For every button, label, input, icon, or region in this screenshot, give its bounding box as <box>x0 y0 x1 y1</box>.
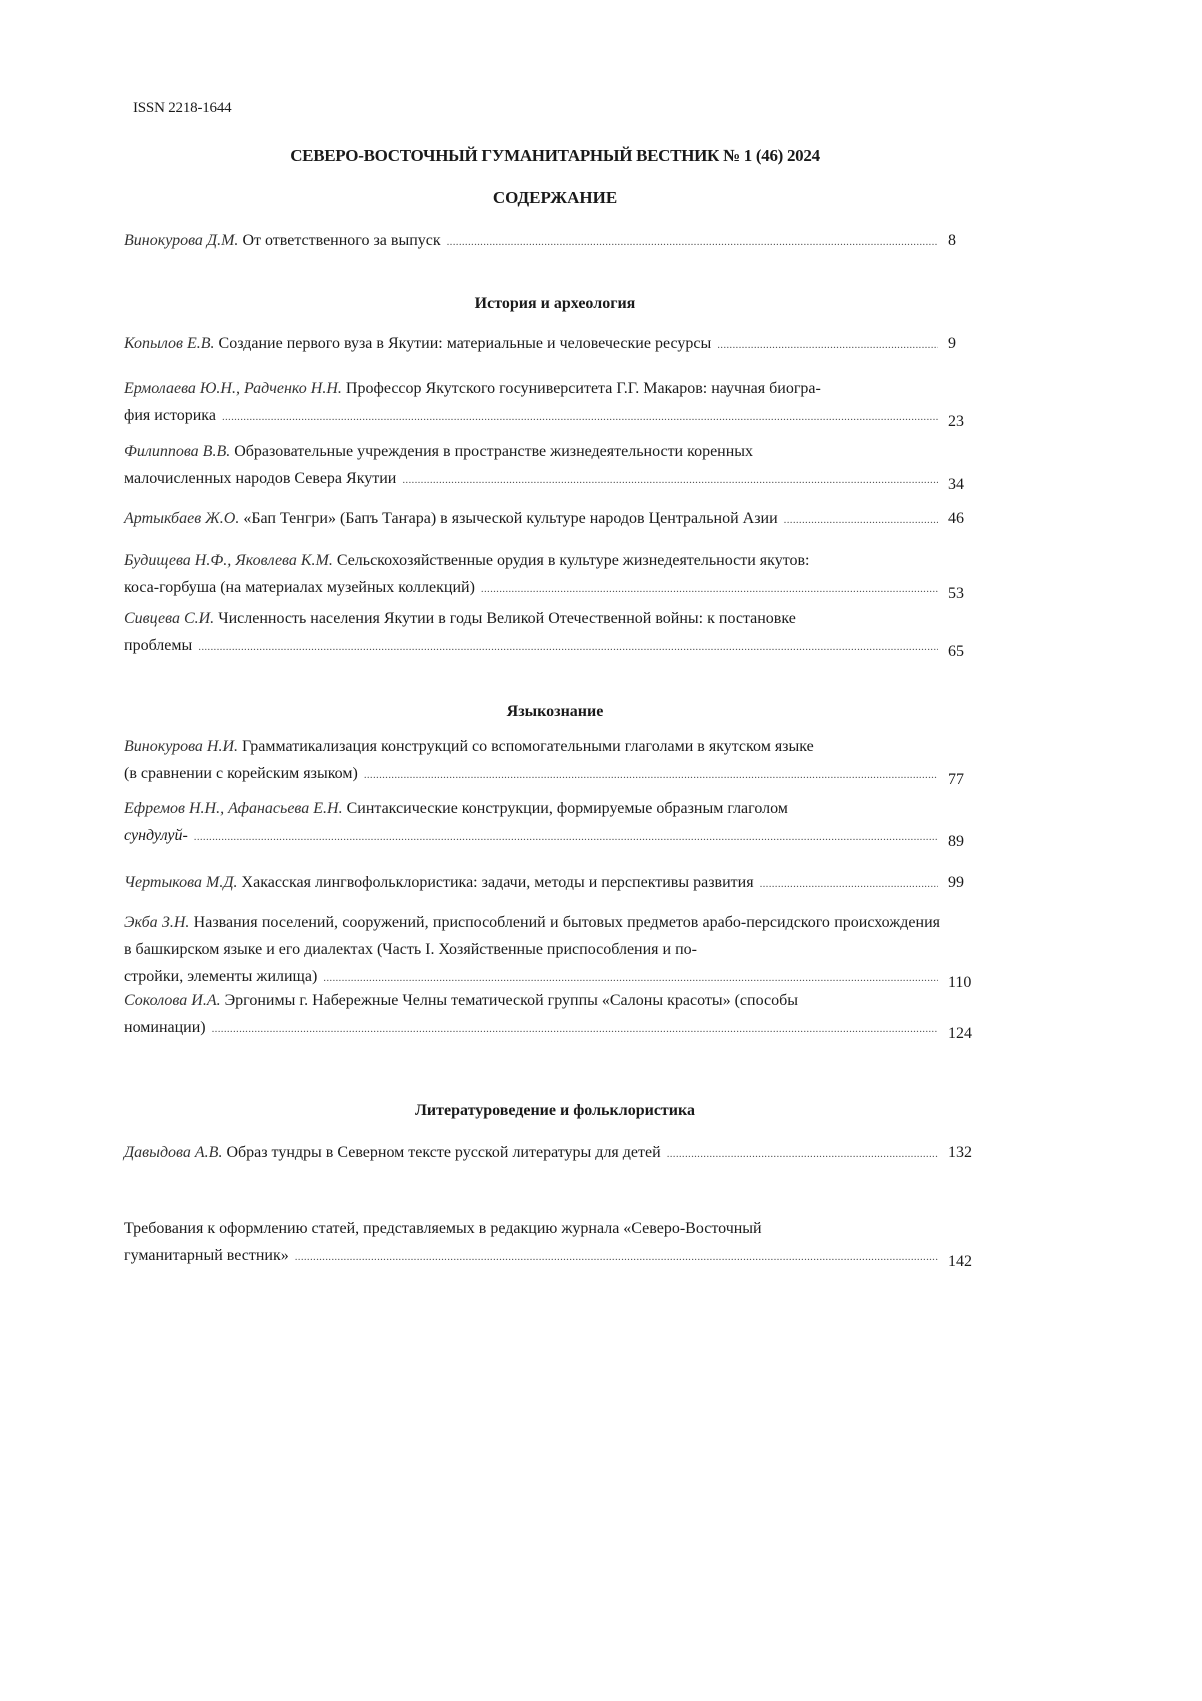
entry-title-body: Сивцева С.И. Численность населения Якути… <box>124 605 940 632</box>
journal-title: СЕВЕРО-ВОСТОЧНЫЙ ГУМАНИТАРНЫЙ ВЕСТНИК № … <box>0 146 1110 166</box>
entry-last-line: гуманитарный вестник»142 <box>124 1242 984 1271</box>
dot-leader <box>364 762 938 789</box>
entry-title-tail: проблемы <box>124 632 192 659</box>
page-number: 89 <box>944 828 984 855</box>
dot-leader <box>194 824 938 851</box>
toc-entry[interactable]: Ефремов Н.Н., Афанасьева Е.Н. Синтаксиче… <box>124 795 984 851</box>
entry-author: Сивцева С.И. <box>124 610 214 627</box>
entry-title-body: Ефремов Н.Н., Афанасьева Е.Н. Синтаксиче… <box>124 795 940 822</box>
page-number: 53 <box>944 580 984 607</box>
entry-author: Винокурова Д.М. <box>124 227 238 254</box>
dot-leader <box>198 634 938 661</box>
entry-title: Хакасская лингвофольклористика: задачи, … <box>242 869 754 896</box>
entry-author: Артыкбаев Ж.О. <box>124 505 239 532</box>
dot-leader <box>295 1244 938 1271</box>
dot-leader <box>212 1016 938 1043</box>
entry-author: Соколова И.А. <box>124 992 221 1009</box>
entry-title-tail: стройки, элементы жилища) <box>124 963 317 990</box>
section-heading: История и археология <box>0 295 1110 313</box>
entry-title: Образ тундры в Северном тексте русской л… <box>226 1139 660 1166</box>
entry-title: От ответственного за выпуск <box>242 227 440 254</box>
entry-title-tail: коса-горбуша (на материалах музейных кол… <box>124 574 475 601</box>
page-number: 132 <box>944 1139 984 1166</box>
entry-last-line: проблемы65 <box>124 632 984 661</box>
toc-entry[interactable]: Винокурова Д.М. От ответственного за вып… <box>124 227 984 256</box>
dot-leader <box>717 332 938 359</box>
entry-last-line: номинации)124 <box>124 1014 984 1043</box>
entry-title-tail: сундулуй- <box>124 822 188 849</box>
entry-author: Будищева Н.Ф., Яковлева К.М. <box>124 552 333 569</box>
entry-title: Синтаксические конструкции, формируемые … <box>347 800 788 817</box>
entry-title-body: Экба З.Н. Названия поселений, сооружений… <box>124 909 940 963</box>
toc-title: СОДЕРЖАНИЕ <box>0 188 1110 208</box>
page-number: 23 <box>944 408 984 435</box>
entry-title: Профессор Якутского госуниверситета Г.Г.… <box>346 380 821 397</box>
entry-title: Эргонимы г. Набережные Челны тематическо… <box>225 992 798 1009</box>
page-number: 9 <box>944 330 984 357</box>
toc-entry[interactable]: Требования к оформлению статей, представ… <box>124 1215 984 1271</box>
entry-last-line: Давыдова А.В. Образ тундры в Северном те… <box>124 1139 984 1168</box>
toc-entry[interactable]: Винокурова Н.И. Грамматикализация констр… <box>124 733 984 789</box>
entry-title: Грамматикализация конструкций со вспомог… <box>242 738 814 755</box>
page-number: 46 <box>944 505 984 532</box>
dot-leader <box>667 1141 938 1168</box>
entry-author: Винокурова Н.И. <box>124 738 238 755</box>
entry-author: Ермолаева Ю.Н., Радченко Н.Н. <box>124 380 342 397</box>
page-number: 124 <box>944 1020 984 1047</box>
entry-last-line: (в сравнении с корейским языком)77 <box>124 760 984 789</box>
entry-title-body: Будищева Н.Ф., Яковлева К.М. Сельскохозя… <box>124 547 940 574</box>
entry-title-body: Ермолаева Ю.Н., Радченко Н.Н. Профессор … <box>124 375 940 402</box>
entry-title-body: Винокурова Н.И. Грамматикализация констр… <box>124 733 940 760</box>
entry-last-line: фия историка23 <box>124 402 984 431</box>
page-number: 34 <box>944 471 984 498</box>
entry-last-line: сундулуй-89 <box>124 822 984 851</box>
dot-leader <box>481 576 938 603</box>
entry-title: Требования к оформлению статей, представ… <box>124 1220 762 1237</box>
entry-author: Копылов Е.В. <box>124 330 215 357</box>
toc-entry[interactable]: Копылов Е.В. Создание первого вуза в Яку… <box>124 330 984 359</box>
entry-author: Экба З.Н. <box>124 914 189 931</box>
toc-entry[interactable]: Филиппова В.В. Образовательные учреждени… <box>124 438 984 494</box>
entry-title: Сельскохозяйственные орудия в культуре ж… <box>337 552 810 569</box>
entry-last-line: Чертыкова М.Д. Хакасская лингвофольклори… <box>124 869 984 898</box>
section-heading: Языкознание <box>0 703 1110 721</box>
dot-leader <box>402 467 938 494</box>
entry-title-tail: (в сравнении с корейским языком) <box>124 760 358 787</box>
toc-entry[interactable]: Экба З.Н. Названия поселений, сооружений… <box>124 909 984 992</box>
entry-author: Давыдова А.В. <box>124 1139 222 1166</box>
toc-entry[interactable]: Чертыкова М.Д. Хакасская лингвофольклори… <box>124 869 984 898</box>
entry-title: Названия поселений, сооружений, приспосо… <box>124 914 940 958</box>
entry-author: Филиппова В.В. <box>124 443 230 460</box>
toc-entry[interactable]: Будищева Н.Ф., Яковлева К.М. Сельскохозя… <box>124 547 984 603</box>
toc-entry[interactable]: Сивцева С.И. Численность населения Якути… <box>124 605 984 661</box>
dot-leader <box>760 871 938 898</box>
page-number: 99 <box>944 869 984 896</box>
dot-leader <box>784 507 938 534</box>
page-number: 8 <box>944 227 984 254</box>
entry-title: «Бап Тенгри» (Бапъ Таҥара) в языческой к… <box>243 505 777 532</box>
toc-entry[interactable]: Давыдова А.В. Образ тундры в Северном те… <box>124 1139 984 1168</box>
entry-title-tail: номинации) <box>124 1014 206 1041</box>
page-number: 77 <box>944 766 984 793</box>
dot-leader <box>447 229 938 256</box>
issn: ISSN 2218-1644 <box>133 100 231 117</box>
toc-entry[interactable]: Ермолаева Ю.Н., Радченко Н.Н. Профессор … <box>124 375 984 431</box>
entry-last-line: коса-горбуша (на материалах музейных кол… <box>124 574 984 603</box>
entry-author: Ефремов Н.Н., Афанасьева Е.Н. <box>124 800 343 817</box>
entry-last-line: Артыкбаев Ж.О. «Бап Тенгри» (Бапъ Таҥара… <box>124 505 984 534</box>
entry-title-body: Филиппова В.В. Образовательные учреждени… <box>124 438 940 465</box>
page-number: 65 <box>944 638 984 665</box>
toc-entry[interactable]: Соколова И.А. Эргонимы г. Набережные Чел… <box>124 987 984 1043</box>
entry-author: Чертыкова М.Д. <box>124 869 238 896</box>
entry-last-line: Копылов Е.В. Создание первого вуза в Яку… <box>124 330 984 359</box>
section-heading: Литературоведение и фольклористика <box>0 1102 1110 1120</box>
entry-title: Численность населения Якутии в годы Вели… <box>218 610 796 627</box>
entry-title-tail: фия историка <box>124 402 216 429</box>
entry-title-body: Требования к оформлению статей, представ… <box>124 1215 940 1242</box>
entry-title: Образовательные учреждения в пространств… <box>234 443 753 460</box>
entry-title: Создание первого вуза в Якутии: материал… <box>219 330 712 357</box>
dot-leader <box>222 404 938 431</box>
entry-title-tail: гуманитарный вестник» <box>124 1242 289 1269</box>
toc-entry[interactable]: Артыкбаев Ж.О. «Бап Тенгри» (Бапъ Таҥара… <box>124 505 984 534</box>
entry-title-tail: малочисленных народов Севера Якутии <box>124 465 396 492</box>
entry-last-line: Винокурова Д.М. От ответственного за вып… <box>124 227 984 256</box>
entry-last-line: малочисленных народов Севера Якутии34 <box>124 465 984 494</box>
page-number: 142 <box>944 1248 984 1275</box>
entry-title-body: Соколова И.А. Эргонимы г. Набережные Чел… <box>124 987 940 1014</box>
